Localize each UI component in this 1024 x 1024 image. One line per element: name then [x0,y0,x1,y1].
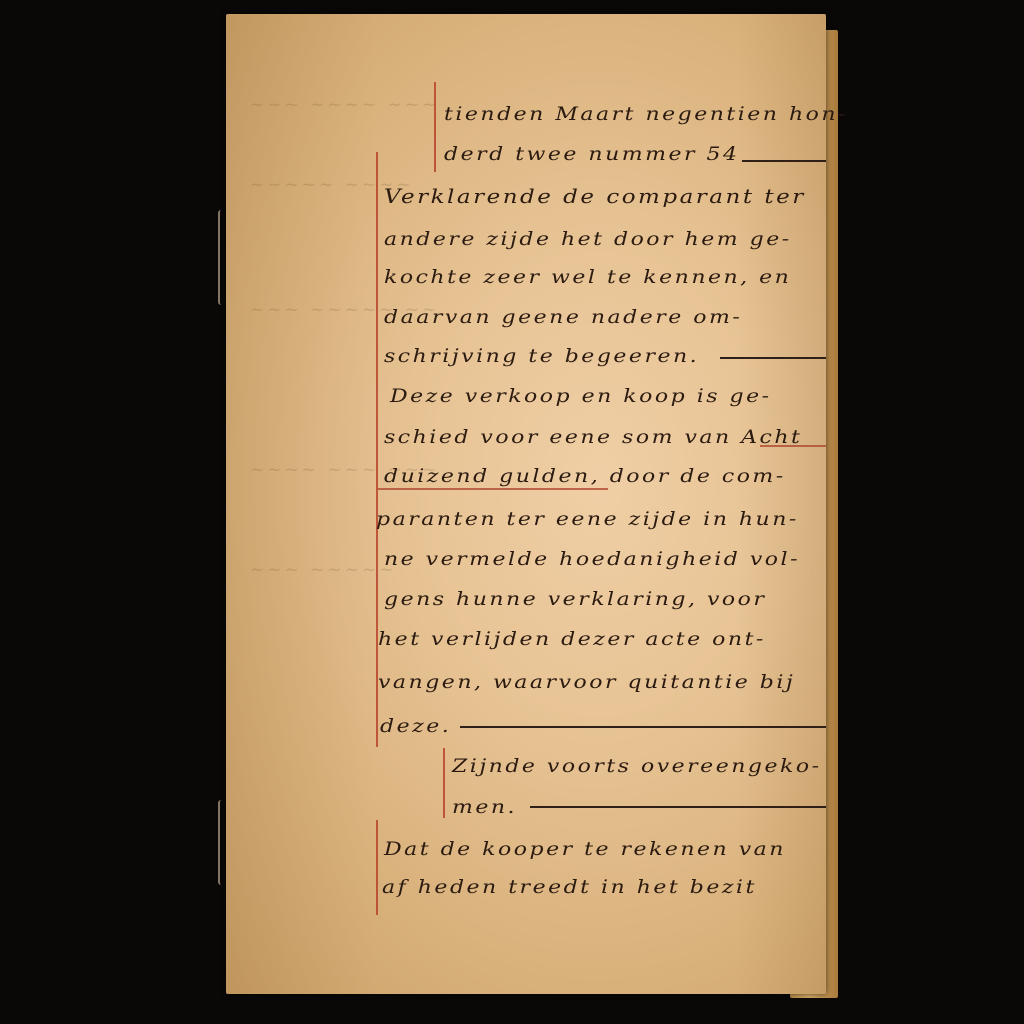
text-line: andere zijde het door hem ge- [384,229,792,250]
text-line: kochte zeer wel te kennen, en [384,267,791,288]
amount-underline [760,445,826,447]
text-line: Deze verkoop en koop is ge- [390,386,772,407]
line-filler-rule [720,357,826,359]
text-line: Verklarende de comparant ter [384,186,806,208]
text-line: tienden Maart negentien hon- [444,104,848,125]
margin-rule [443,748,445,818]
text-line: men. [452,797,517,818]
text-line: af heden treedt in het bezit [382,877,757,898]
text-line: duizend gulden, door de com- [384,466,786,487]
text-line: Dat de kooper te rekenen van [384,839,786,860]
text-line: schrijving te begeeren. [384,346,699,367]
line-filler-rule [530,806,826,808]
margin-rule [376,152,378,747]
line-filler-rule [460,726,826,728]
text-line: derd twee nummer 54 [444,144,739,165]
line-filler-rule [742,160,826,162]
amount-underline [378,488,608,490]
text-line: vangen, waarvoor quitantie bij [378,672,795,693]
text-line: het verlijden dezer acte ont- [378,629,766,650]
text-line: ne vermelde hoedanigheid vol- [384,549,800,570]
text-line: schied voor eene som van Acht [384,427,802,448]
text-line: deze. [380,716,451,737]
text-line: paranten ter eene zijde in hun- [376,509,799,530]
margin-rule [434,82,436,172]
bleed-through-text: ~~~ ~~~~ ~~~ [250,95,439,115]
binding-thread [218,210,224,305]
bleed-through-text: ~~~ ~~~~~ [250,560,396,580]
text-line: gens hunne verklaring, voor [384,589,766,610]
binding-thread [218,800,224,885]
margin-rule [376,820,378,915]
text-line: Zijnde voorts overeengeko- [452,756,822,777]
text-line: daarvan geene nadere om- [384,307,742,328]
